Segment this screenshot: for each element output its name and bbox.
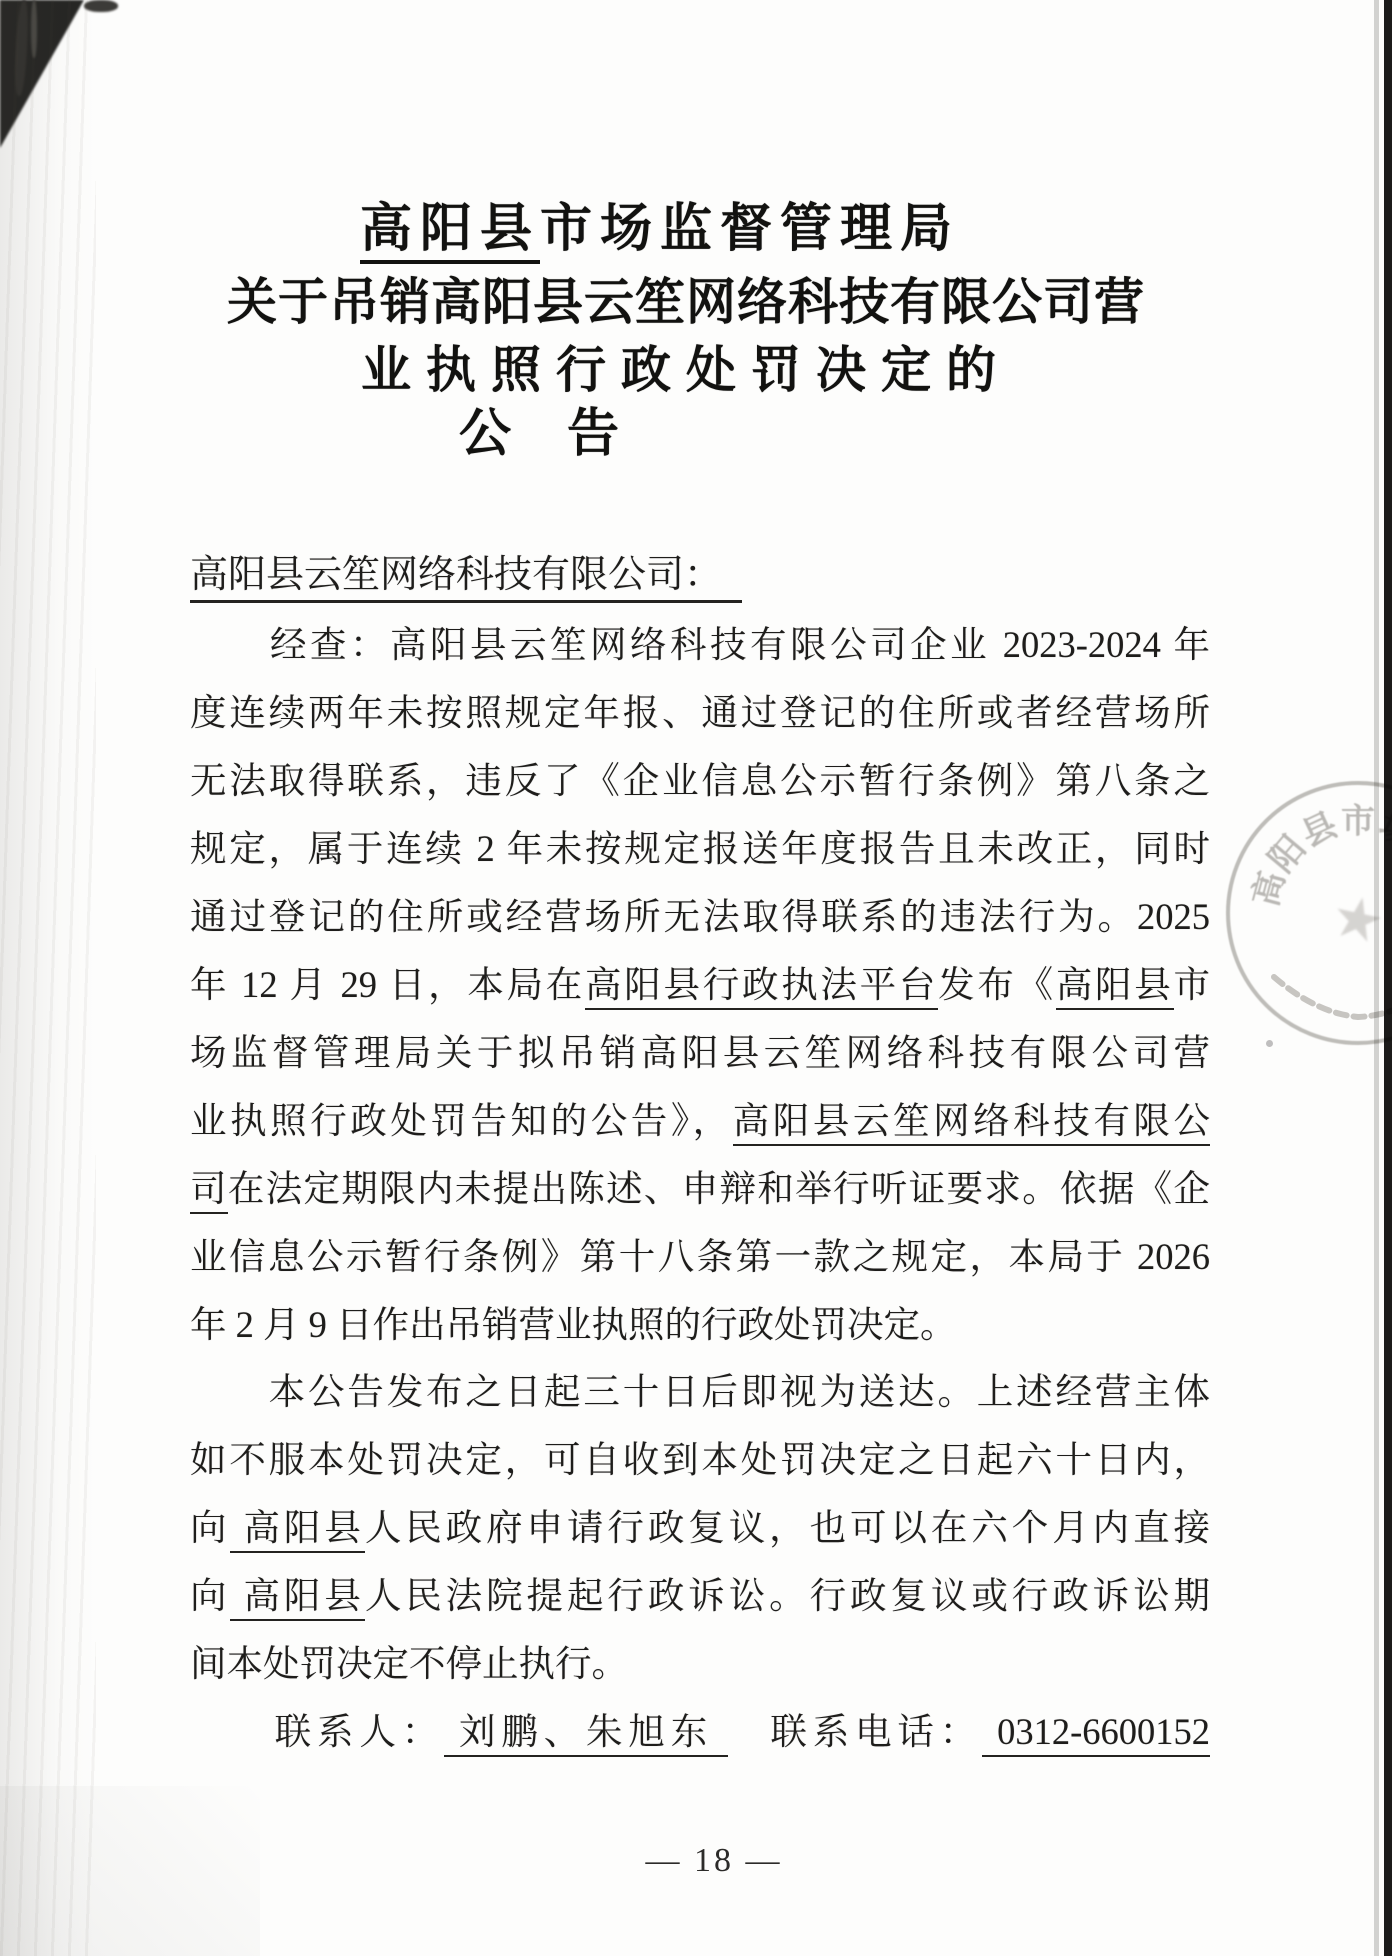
text-run: 业信息公示暂行条例》第十八条第一款之规定，本局于 2026 xyxy=(190,1236,1210,1277)
text-line: 业执照行政处罚告知的公告》，高阳县云笙网络科技有限公 xyxy=(190,1087,1210,1155)
text-run: 规定，属于连续 2 年未按规定报送年度报告且未改正，同时 xyxy=(190,828,1210,869)
underlined-text: 高阳县 xyxy=(1056,964,1174,1010)
text-line: 年 2 月 9 日作出吊销营业执照的行政处罚决定。 xyxy=(190,1291,1210,1359)
text-line: 联系人： 刘鹏、朱旭东 联系电话： 0312-6600152 xyxy=(190,1698,1210,1766)
text-line: 如不服本处罚决定，可自收到本处罚决定之日起六十日内， xyxy=(190,1426,1210,1494)
paragraph-findings: 经查：高阳县云笙网络科技有限公司企业 2023-2024 年度连续两年未按照规定… xyxy=(190,611,1210,1359)
text-run: 向 xyxy=(190,1507,230,1548)
text-run: 本公告发布之日起三十日后即视为送达。上述经营主体 xyxy=(190,1371,1210,1412)
text-line: 向 高阳县人民法院提起行政诉讼。行政复议或行政诉讼期 xyxy=(190,1562,1210,1630)
text-line: 本公告发布之日起三十日后即视为送达。上述经营主体 xyxy=(190,1358,1210,1426)
text-run: 发布《 xyxy=(938,964,1056,1005)
text-run: 度连续两年未按照规定年报、通过登记的住所或者经营场所 xyxy=(190,692,1210,733)
text-run: 场监督管理局关于拟吊销高阳县云笙网络科技有限公司营 xyxy=(190,1032,1210,1073)
text-run: 业执照行政处罚决定的 xyxy=(361,342,1011,398)
text-line: 司在法定期限内未提出陈述、申辩和举行听证要求。依据《企 xyxy=(190,1155,1210,1223)
text-run: 公 告 xyxy=(459,406,621,463)
text-line: 经查：高阳县云笙网络科技有限公司企业 2023-2024 年 xyxy=(190,611,1210,679)
text-line: 度连续两年未按照规定年报、通过登记的住所或者经营场所 xyxy=(190,679,1210,747)
text-run: 联系人： xyxy=(190,1711,444,1752)
underlined-text: 高阳县行政执法平台 xyxy=(585,964,938,1010)
underlined-text: 0312-6600152 xyxy=(982,1711,1210,1757)
text-run: 市 xyxy=(1174,964,1211,1005)
text-line: 规定，属于连续 2 年未按规定报送年度报告且未改正，同时 xyxy=(190,815,1210,883)
underlined-text: 高阳县 xyxy=(360,201,540,264)
text-line: 通过登记的住所或经营场所无法取得联系的违法行为。2025 xyxy=(190,883,1210,951)
text-run: 年 2 月 9 日作出吊销营业执照的行政处罚决定。 xyxy=(190,1304,957,1345)
text-run: 市场监督管理局 xyxy=(540,201,960,258)
salutation-company-name: 高阳县云笙网络科技有限公司： xyxy=(190,549,742,601)
text-run: 在法定期限内未提出陈述、申辩和举行听证要求。依据《企 xyxy=(228,1168,1210,1209)
text-run: 间本处罚决定不停止执行。 xyxy=(190,1643,628,1684)
text-line: 间本处罚决定不停止执行。 xyxy=(190,1630,1210,1698)
text-run: 如不服本处罚决定，可自收到本处罚决定之日起六十日内， xyxy=(190,1439,1210,1480)
underlined-text: 高阳县云笙网络科技有限公司： xyxy=(190,554,742,603)
text-line: 业信息公示暂行条例》第十八条第一款之规定，本局于 2026 xyxy=(190,1223,1210,1291)
doc-title-line-3: 业执照行政处罚决定的 xyxy=(0,338,1372,402)
text-line: 向 高阳县人民政府申请行政复议，也可以在六个月内直接 xyxy=(190,1494,1210,1562)
doc-title-line-1: 高阳县市场监督管理局 xyxy=(0,198,1320,262)
text-line: 无法取得联系，违反了《企业信息公示暂行条例》第八条之 xyxy=(190,747,1210,815)
text-run: 通过登记的住所或经营场所无法取得联系的违法行为。2025 xyxy=(190,896,1210,937)
text-run: 人民法院提起行政诉讼。行政复议或行政诉讼期 xyxy=(365,1575,1210,1616)
underlined-text: 高阳县云笙网络科技有限公 xyxy=(733,1100,1210,1146)
text-line: 年 12 月 29 日，本局在高阳县行政执法平台发布《高阳县市 xyxy=(190,951,1210,1019)
doc-title-line-2: 关于吊销高阳县云笙网络科技有限公司营 xyxy=(0,270,1372,334)
text-run: 向 xyxy=(190,1575,230,1616)
underlined-text: 高阳县 xyxy=(230,1507,364,1553)
underlined-text: 高阳县 xyxy=(230,1575,364,1621)
page-number: — 18 — xyxy=(0,1842,1392,1880)
underlined-text: 司 xyxy=(190,1168,228,1214)
contact-info-line: 联系人： 刘鹏、朱旭东 联系电话： 0312-6600152 xyxy=(190,1698,1210,1766)
text-run: 年 12 月 29 日，本局在 xyxy=(190,964,585,1005)
doc-title-line-4: 公 告 xyxy=(0,404,1080,466)
text-run: 关于吊销高阳县云笙网络科技有限公司营 xyxy=(227,274,1145,330)
text-run: 联系电话： xyxy=(728,1711,982,1752)
text-line: 场监督管理局关于拟吊销高阳县云笙网络科技有限公司营 xyxy=(190,1019,1210,1087)
underlined-text: 刘鹏、朱旭东 xyxy=(444,1711,728,1757)
seal-bottom-marks xyxy=(1226,781,1392,1045)
text-run: 人民政府申请行政复议，也可以在六个月内直接 xyxy=(365,1507,1210,1548)
text-run: 经查：高阳县云笙网络科技有限公司企业 2023-2024 年 xyxy=(190,624,1210,665)
official-round-seal: 高 阳 县 市 场 监 ★ xyxy=(1226,781,1392,1045)
scanned-document-page: 高阳县市场监督管理局 关于吊销高阳县云笙网络科技有限公司营 业执照行政处罚决定的… xyxy=(0,0,1392,1956)
text-run: 无法取得联系，违反了《企业信息公示暂行条例》第八条之 xyxy=(190,760,1210,801)
paragraph-remedies: 本公告发布之日起三十日后即视为送达。上述经营主体如不服本处罚决定，可自收到本处罚… xyxy=(190,1358,1210,1698)
text-run: 业执照行政处罚告知的公告》， xyxy=(190,1100,733,1141)
